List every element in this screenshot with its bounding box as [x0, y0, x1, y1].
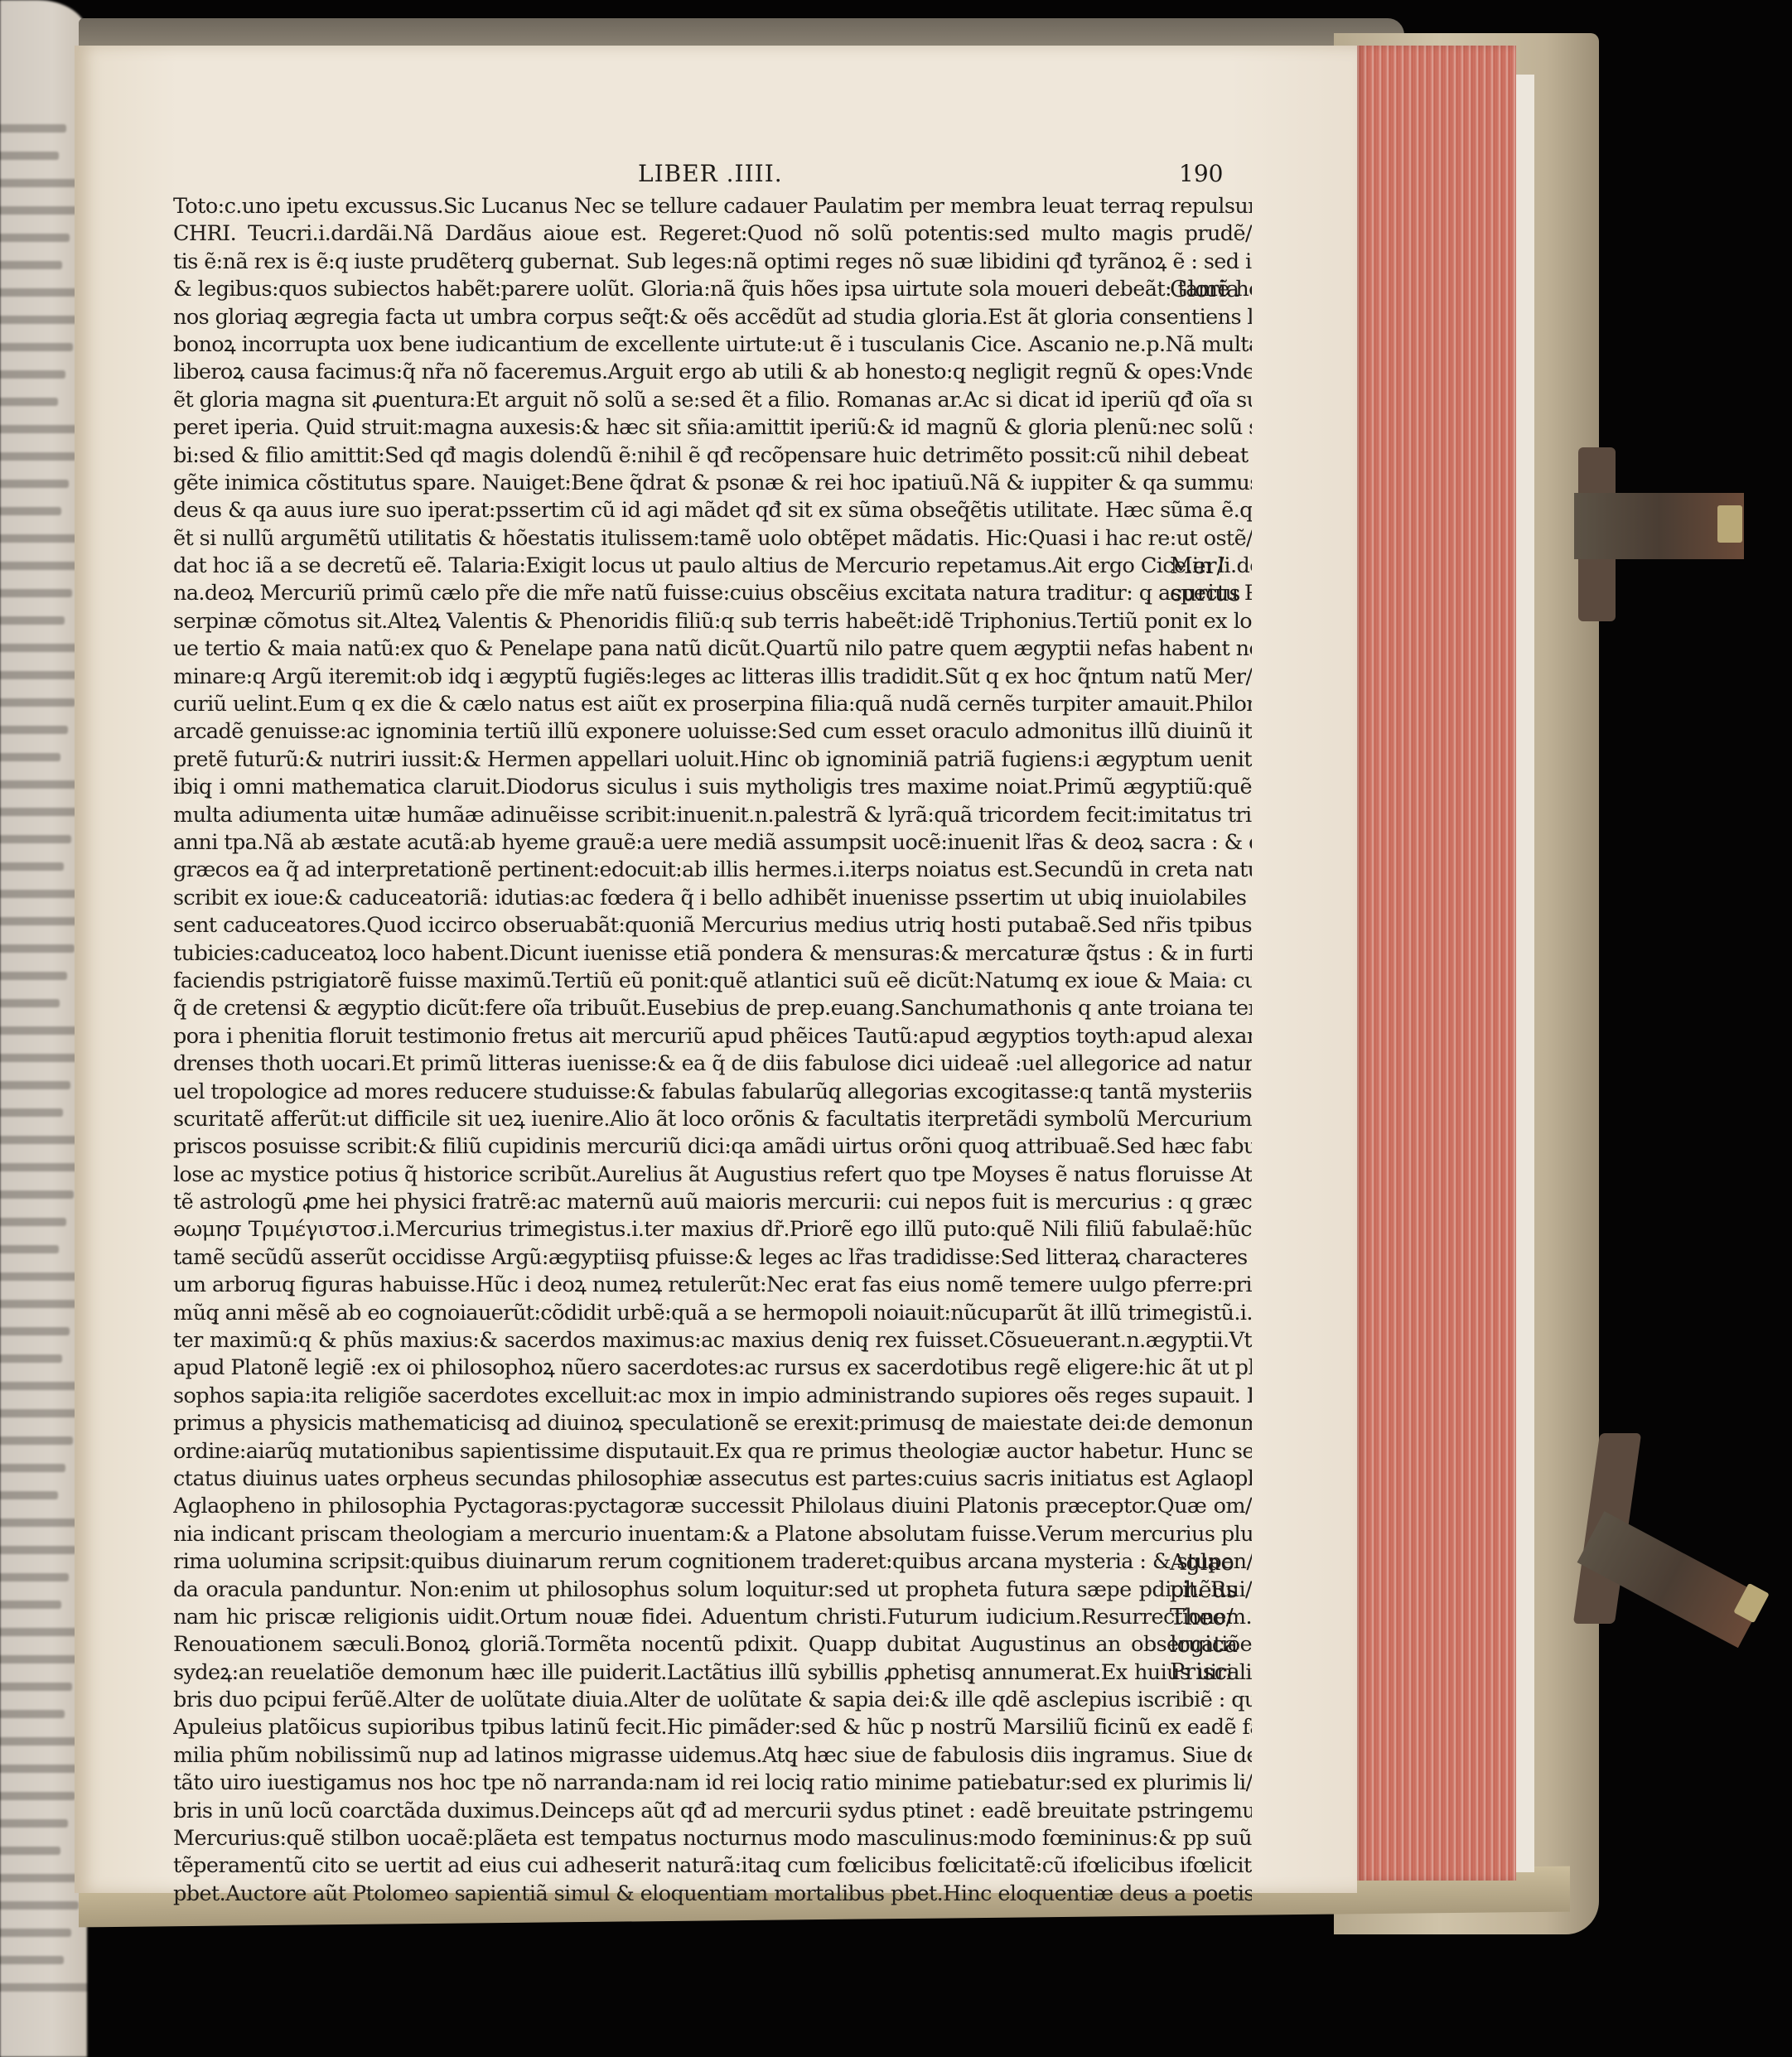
blurred-text-line [0, 1683, 72, 1691]
blurred-text-line [0, 780, 86, 789]
text-line: nia indicant priscam theologiam a mercur… [173, 1521, 1252, 1548]
text-line: bris duo pcipui ferũẽ.Alter de uolũtate … [173, 1687, 1252, 1714]
text-line: ordine:aiarũq̧ mutationibus sapientissim… [173, 1438, 1252, 1465]
text-line: bonoꝝ incorrupta uox bene iudicantium de… [173, 331, 1252, 359]
blurred-text-line [0, 1601, 61, 1609]
blurred-text-line [0, 398, 58, 406]
text-line: gẽte inimica cõstitutus spare. Nauiget:B… [173, 470, 1252, 497]
folio-number: 190 [1179, 160, 1223, 187]
text-line: nos gloriaq̧ ægregia facta ut umbra corp… [173, 304, 1252, 331]
blurred-text-line [0, 1765, 83, 1773]
text-line: sent caduceatores.Quod iccirco obseruabã… [173, 912, 1252, 939]
text-line: nam hic priscæ religionis uidit.Ortum no… [173, 1604, 1252, 1631]
blurred-text-line [0, 1819, 68, 1828]
text-line: multa adiumenta uitæ humãæ adinuẽisse sc… [173, 802, 1252, 829]
text-line: ǝωμησ Τριμέγιστοσ.i.Mercurius trimegistu… [173, 1216, 1252, 1243]
text-line: peret iperia. Quid struit:magna auxesis:… [173, 414, 1252, 442]
text-line: ẽt gloria magna sit ꝓuentura:Et arguit n… [173, 387, 1252, 414]
blurred-text-line [0, 316, 80, 324]
text-line: milia phũm nobilissimũ nup ad latinos mi… [173, 1742, 1252, 1770]
running-head: LIBER .IIII. [638, 160, 783, 187]
text-line: pretẽ futurũ:& nutriri iussit:& Hermen a… [173, 746, 1252, 774]
blurred-text-line [0, 425, 84, 433]
blurred-text-line [0, 1956, 64, 1964]
blurred-text-line [0, 1792, 75, 1800]
blurred-text-line [0, 1054, 78, 1062]
blurred-text-line [0, 480, 69, 488]
blurred-text-line [0, 808, 79, 816]
text-line: curiũ uelint.Eum q ex die & cælo natus e… [173, 691, 1252, 718]
text-line: scribit ex ioue:& caduceatoriã: idutias:… [173, 885, 1252, 912]
blurred-text-line [0, 671, 83, 679]
text-line: tis ẽ:nã rex is ẽ:q iuste prudẽterq̧ gub… [173, 249, 1252, 276]
blurred-text-line [0, 1491, 58, 1499]
text-line: faciendis pstrigiatorẽ fuisse maximũ.Ter… [173, 968, 1252, 995]
text-line: CHRI. Teucri.i.dardãi.Nã Dardãus aioue e… [173, 220, 1252, 248]
blurred-text-line [0, 1026, 85, 1035]
blurred-text-line [0, 862, 64, 871]
text-line: priscos posuisse scribit:& filiũ cupidin… [173, 1133, 1252, 1161]
blurred-text-line [0, 1983, 87, 1992]
clasp-tip-icon [1717, 505, 1742, 543]
blurred-text-line [0, 1901, 79, 1910]
text-line: tamẽ secũdũ asserũt occidisse Argũ:ægypt… [173, 1244, 1252, 1272]
text-line: scuritatẽ afferũt:ut difficile sit ueꝝ i… [173, 1106, 1252, 1133]
text-line: Aglaopheno in philosophia Pyctagoras:pyc… [173, 1493, 1252, 1520]
text-line: ter maximũ:q & phũs maxius:& sacerdos ma… [173, 1327, 1252, 1354]
text-line: ẽt si nullũ argumẽtũ utilitatis & hõesta… [173, 525, 1252, 553]
text-line: na.deoꝝ Mercuriũ primũ cælo pr̃e die mr̃… [173, 580, 1252, 607]
blurred-text-line [0, 261, 62, 269]
marginal-note: Mer/ curius [1170, 553, 1240, 607]
blurred-text-line [0, 1245, 59, 1253]
blurred-text-line [0, 944, 75, 953]
blurred-text-line [0, 1327, 70, 1335]
blurred-text-line [0, 753, 60, 761]
page-header: LIBER .IIII. 190 [75, 160, 1357, 190]
blurred-text-line [0, 1546, 76, 1554]
text-line: ue tertio & maia natũ:ex quo & Penelape … [173, 635, 1252, 663]
blurred-text-line [0, 562, 80, 570]
text-line: minare:q Argũ iteremit:ob idq̧ i ægyptũ … [173, 664, 1252, 691]
blurred-text-line [0, 1655, 80, 1663]
text-line: serpinæ cõmotus sit.Alteꝝ Valentis & Phe… [173, 608, 1252, 635]
text-line: q̃ de cretensi & ægyptio dicũt:fere oĩa … [173, 995, 1252, 1022]
blurred-text-line [0, 234, 70, 242]
text-line: ctatus diuinus uates orpheus secundas ph… [173, 1465, 1252, 1493]
blurred-text-line [0, 726, 68, 734]
blurred-text-line [0, 835, 71, 843]
blurred-text-line [0, 616, 65, 625]
text-line: pora i phenitia floruit testimonio fretu… [173, 1023, 1252, 1050]
text-line: deus & qa auus iure suo iperat:pssertim … [173, 497, 1252, 524]
text-line: Toto:c.uno ipetu excussus.Sic Lucanus Ne… [173, 193, 1252, 220]
blurred-text-line [0, 1847, 60, 1855]
blurred-text-line [0, 179, 85, 187]
text-line: anni tpa.Nã ab æstate acutã:ab hyeme gra… [173, 829, 1252, 857]
text-line: bris in unũ locũ coarctãda duximus.Deinc… [173, 1798, 1252, 1825]
blurred-text-line [0, 1464, 65, 1472]
text-line: arcadẽ genuisse:ac ignominia tertiũ illũ… [173, 718, 1252, 746]
text-line: græcos ea q̃ ad interpretationẽ pertinen… [173, 857, 1252, 884]
blurred-text-line [0, 152, 59, 160]
text-line: Mercurius:quẽ stilbon uocaẽ:plãeta est t… [173, 1825, 1252, 1852]
text-line: pbet.Auctore aũt Ptolomeo sapientiã simu… [173, 1881, 1252, 1908]
text-line: tãto uiro iuestigamus nos hoc tpe nõ nar… [173, 1770, 1252, 1797]
blurred-text-line [0, 1874, 86, 1882]
right-page-recto: LIBER .IIII. 190 Toto:c.uno ipetu excuss… [75, 46, 1357, 1893]
text-line: um arboruq̧ figuras habuisse.Hũc i deoꝝ … [173, 1272, 1252, 1299]
endleaf-edge [1516, 75, 1534, 1872]
blurred-text-line [0, 1190, 74, 1199]
blurred-text-line [0, 589, 72, 597]
text-line: rima uolumina scripsit:quibus diuinarum … [173, 1548, 1252, 1576]
text-line: sophos sapia:ita religiõe sacerdotes exc… [173, 1383, 1252, 1410]
text-line: tẽperamentũ cito se uertit ad eius cui a… [173, 1852, 1252, 1880]
blurred-text-line [0, 1081, 70, 1089]
blurred-text-line [0, 698, 75, 707]
text-line: drenses thoth uocari.Et primũ litteras i… [173, 1050, 1252, 1078]
blurred-text-line [0, 124, 66, 133]
text-line: dat hoc iã a se decretũ eẽ. Talaria:Exig… [173, 553, 1252, 580]
marginal-note: Aglao phẽus Theo/ logica Prisca [1170, 1549, 1240, 1686]
text-line: liberoꝝ causa facimus:q̃ nr̃a nõ facerem… [173, 359, 1252, 386]
marginal-note: Gloria [1170, 276, 1239, 303]
text-line: Renouationem sæculi.Bonoꝝ gloriã.Tormẽta… [173, 1631, 1252, 1659]
red-fore-edge [1355, 46, 1516, 1881]
blurred-text-line [0, 507, 61, 515]
blurred-text-line [0, 999, 60, 1007]
blurred-text-line [0, 206, 77, 215]
blurred-text-line [0, 370, 65, 379]
blurred-text-line [0, 1272, 85, 1281]
text-line: mũq̧ anni mẽsẽ ab eo cognoiauerũt:cõdidi… [173, 1300, 1252, 1327]
blurred-text-line [0, 917, 82, 925]
blurred-text-line [0, 1437, 73, 1445]
blurred-text-line [0, 1218, 66, 1226]
text-line: Apuleius platõicus supioribus tpibus lat… [173, 1714, 1252, 1741]
text-line: sydeꝝ:an reuelatiõe demonum hæc ille pui… [173, 1659, 1252, 1687]
blurred-text-line [0, 1519, 84, 1527]
text-line: bi:sed & filio amittit:Sed qđ magis dole… [173, 442, 1252, 470]
text-line: apud Platonẽ legiẽ :ex oi philosophoꝝ nũ… [173, 1354, 1252, 1382]
text-line: tẽ astrologũ ꝓme hei physici fratrẽ:ac m… [173, 1189, 1252, 1216]
text-line: lose ac mystice potius q̃ historice scri… [173, 1161, 1252, 1189]
blurred-text-line [0, 1573, 69, 1581]
blurred-text-line [0, 1108, 63, 1117]
blurred-text-line [0, 1300, 77, 1308]
blurred-text-line [0, 343, 73, 351]
text-line: ibiq̧ i omni mathematica claruit.Diodoru… [173, 774, 1252, 801]
text-line: primus a physicis mathematicisq̧ ad diui… [173, 1410, 1252, 1437]
blurred-text-line [0, 1929, 71, 1937]
text-line: uel tropologice ad mores reducere studui… [173, 1079, 1252, 1106]
blurred-text-line [0, 972, 67, 980]
blurred-text-line [0, 1163, 81, 1171]
text-line: & legibus:quos subiectos habẽt:parere uo… [173, 276, 1252, 303]
blurred-text-line [0, 1409, 80, 1417]
bleed-through-note: Atlas [1176, 968, 1227, 992]
text-line: da oracula panduntur. Non:enim ut philos… [173, 1577, 1252, 1604]
text-line: tubicies:caduceatoꝝ loco habent.Dicunt i… [173, 940, 1252, 968]
blurred-text-line [0, 1710, 65, 1718]
commentary-text-block: Toto:c.uno ipetu excussus.Sic Lucanus Ne… [173, 193, 1252, 1908]
blurred-text-line [0, 452, 76, 461]
blurred-text-line [0, 1354, 62, 1363]
